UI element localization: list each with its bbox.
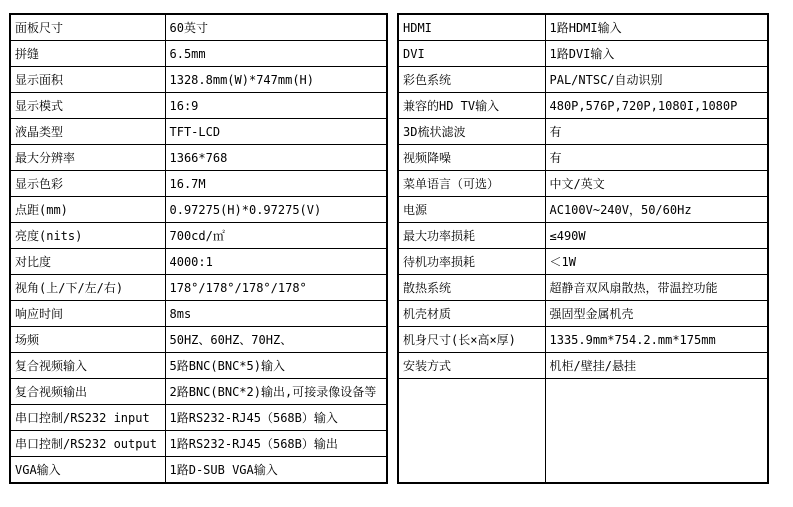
spec-label: 显示面积	[10, 67, 165, 93]
spec-label: 液晶类型	[10, 119, 165, 145]
spec-label: 彩色系统	[398, 67, 545, 93]
spec-value: 1路DVI输入	[545, 41, 768, 67]
spec-value: 5路BNC(BNC*5)输入	[165, 353, 387, 379]
spec-row: 响应时间8ms	[10, 301, 387, 327]
spec-label: 面板尺寸	[10, 14, 165, 41]
spec-value: 4000:1	[165, 249, 387, 275]
spec-row: 复合视频输入5路BNC(BNC*5)输入	[10, 353, 387, 379]
spec-label: 菜单语言（可选）	[398, 171, 545, 197]
spec-row: 最大分辨率1366*768	[10, 145, 387, 171]
spec-label: 拼缝	[10, 41, 165, 67]
spec-label: 对比度	[10, 249, 165, 275]
spec-value: 2路BNC(BNC*2)输出,可接录像设备等	[165, 379, 387, 405]
spec-value: 有	[545, 119, 768, 145]
spec-value: AC100V~240V，50/60Hz	[545, 197, 768, 223]
spec-row: 复合视频输出2路BNC(BNC*2)输出,可接录像设备等	[10, 379, 387, 405]
spec-label: 最大功率损耗	[398, 223, 545, 249]
panel-spec-table-left-body: 面板尺寸60英寸拼缝6.5mm显示面积1328.8mm(W)*747mm(H)显…	[10, 14, 387, 483]
spec-row: 显示模式16:9	[10, 93, 387, 119]
spec-row: HDMI1路HDMI输入	[398, 14, 768, 41]
spec-value: 1路HDMI输入	[545, 14, 768, 41]
spec-value: ≤490W	[545, 223, 768, 249]
spec-row: 菜单语言（可选）中文/英文	[398, 171, 768, 197]
spec-label: 3D梳状滤波	[398, 119, 545, 145]
spec-label: 显示色彩	[10, 171, 165, 197]
spec-label: 串口控制/RS232 output	[10, 431, 165, 457]
spec-row: 场频50HZ、60HZ、70HZ、	[10, 327, 387, 353]
spec-value: 强固型金属机壳	[545, 301, 768, 327]
spec-label: 散热系统	[398, 275, 545, 301]
spec-label: 安装方式	[398, 353, 545, 379]
spec-row: 串口控制/RS232 input1路RS232-RJ45（568B）输入	[10, 405, 387, 431]
spec-label: 电源	[398, 197, 545, 223]
spec-label: 视频降噪	[398, 145, 545, 171]
spec-label: 视角(上/下/左/右)	[10, 275, 165, 301]
spec-label: 响应时间	[10, 301, 165, 327]
spec-row: 视频降噪有	[398, 145, 768, 171]
spec-row	[398, 379, 768, 484]
spec-row: 彩色系统PAL/NTSC/自动识别	[398, 67, 768, 93]
spec-value: 6.5mm	[165, 41, 387, 67]
spec-value: 50HZ、60HZ、70HZ、	[165, 327, 387, 353]
panel-spec-table-right-body: HDMI1路HDMI输入DVI1路DVI输入彩色系统PAL/NTSC/自动识别兼…	[398, 14, 768, 483]
spec-label: 点距(mm)	[10, 197, 165, 223]
spec-value: 0.97275(H)*0.97275(V)	[165, 197, 387, 223]
spec-value: 178°/178°/178°/178°	[165, 275, 387, 301]
spec-label: 显示模式	[10, 93, 165, 119]
spec-row: DVI1路DVI输入	[398, 41, 768, 67]
spec-value: 1路RS232-RJ45（568B）输入	[165, 405, 387, 431]
spec-label: 场频	[10, 327, 165, 353]
spec-value: 1328.8mm(W)*747mm(H)	[165, 67, 387, 93]
spec-label: 机身尺寸(长×高×厚)	[398, 327, 545, 353]
spec-row: VGA输入1路D-SUB VGA输入	[10, 457, 387, 484]
spec-label	[398, 379, 545, 484]
spec-row: 电源AC100V~240V，50/60Hz	[398, 197, 768, 223]
spec-row: 3D梳状滤波有	[398, 119, 768, 145]
spec-row: 面板尺寸60英寸	[10, 14, 387, 41]
spec-value: 1366*768	[165, 145, 387, 171]
spec-label: 串口控制/RS232 input	[10, 405, 165, 431]
spec-row: 显示色彩16.7M	[10, 171, 387, 197]
spec-row: 最大功率损耗≤490W	[398, 223, 768, 249]
spec-value: 中文/英文	[545, 171, 768, 197]
spec-row: 串口控制/RS232 output1路RS232-RJ45（568B）输出	[10, 431, 387, 457]
spec-row: 待机功率损耗＜1W	[398, 249, 768, 275]
spec-label: 待机功率损耗	[398, 249, 545, 275]
panel-spec-table-left: 面板尺寸60英寸拼缝6.5mm显示面积1328.8mm(W)*747mm(H)显…	[9, 13, 388, 484]
spec-label: 复合视频输出	[10, 379, 165, 405]
spec-value: 机柜/壁挂/悬挂	[545, 353, 768, 379]
spec-row: 散热系统超静音双风扇散热，带温控功能	[398, 275, 768, 301]
spec-value: 700cd/㎡	[165, 223, 387, 249]
spec-row: 点距(mm)0.97275(H)*0.97275(V)	[10, 197, 387, 223]
spec-value: 1335.9mm*754.2.mm*175mm	[545, 327, 768, 353]
panel-spec-table-right: HDMI1路HDMI输入DVI1路DVI输入彩色系统PAL/NTSC/自动识别兼…	[397, 13, 769, 484]
spec-sheet-page: 面板尺寸60英寸拼缝6.5mm显示面积1328.8mm(W)*747mm(H)显…	[0, 0, 793, 507]
spec-row: 亮度(nits)700cd/㎡	[10, 223, 387, 249]
spec-value: 16:9	[165, 93, 387, 119]
spec-row: 机身尺寸(长×高×厚)1335.9mm*754.2.mm*175mm	[398, 327, 768, 353]
spec-label: 亮度(nits)	[10, 223, 165, 249]
spec-label: 机壳材质	[398, 301, 545, 327]
spec-value: PAL/NTSC/自动识别	[545, 67, 768, 93]
spec-value: 480P,576P,720P,1080I,1080P	[545, 93, 768, 119]
spec-row: 安装方式机柜/壁挂/悬挂	[398, 353, 768, 379]
spec-row: 对比度4000:1	[10, 249, 387, 275]
spec-label: 兼容的HD TV输入	[398, 93, 545, 119]
spec-row: 显示面积1328.8mm(W)*747mm(H)	[10, 67, 387, 93]
spec-label: HDMI	[398, 14, 545, 41]
spec-label: DVI	[398, 41, 545, 67]
spec-label: VGA输入	[10, 457, 165, 484]
spec-row: 拼缝6.5mm	[10, 41, 387, 67]
spec-value: 有	[545, 145, 768, 171]
spec-value: 60英寸	[165, 14, 387, 41]
spec-label: 复合视频输入	[10, 353, 165, 379]
spec-value: 8ms	[165, 301, 387, 327]
spec-value: 超静音双风扇散热，带温控功能	[545, 275, 768, 301]
spec-value: TFT-LCD	[165, 119, 387, 145]
spec-value	[545, 379, 768, 484]
spec-row: 视角(上/下/左/右)178°/178°/178°/178°	[10, 275, 387, 301]
spec-value: 1路D-SUB VGA输入	[165, 457, 387, 484]
spec-row: 液晶类型TFT-LCD	[10, 119, 387, 145]
spec-row: 机壳材质强固型金属机壳	[398, 301, 768, 327]
spec-value: 16.7M	[165, 171, 387, 197]
spec-value: 1路RS232-RJ45（568B）输出	[165, 431, 387, 457]
spec-row: 兼容的HD TV输入480P,576P,720P,1080I,1080P	[398, 93, 768, 119]
spec-label: 最大分辨率	[10, 145, 165, 171]
spec-value: ＜1W	[545, 249, 768, 275]
